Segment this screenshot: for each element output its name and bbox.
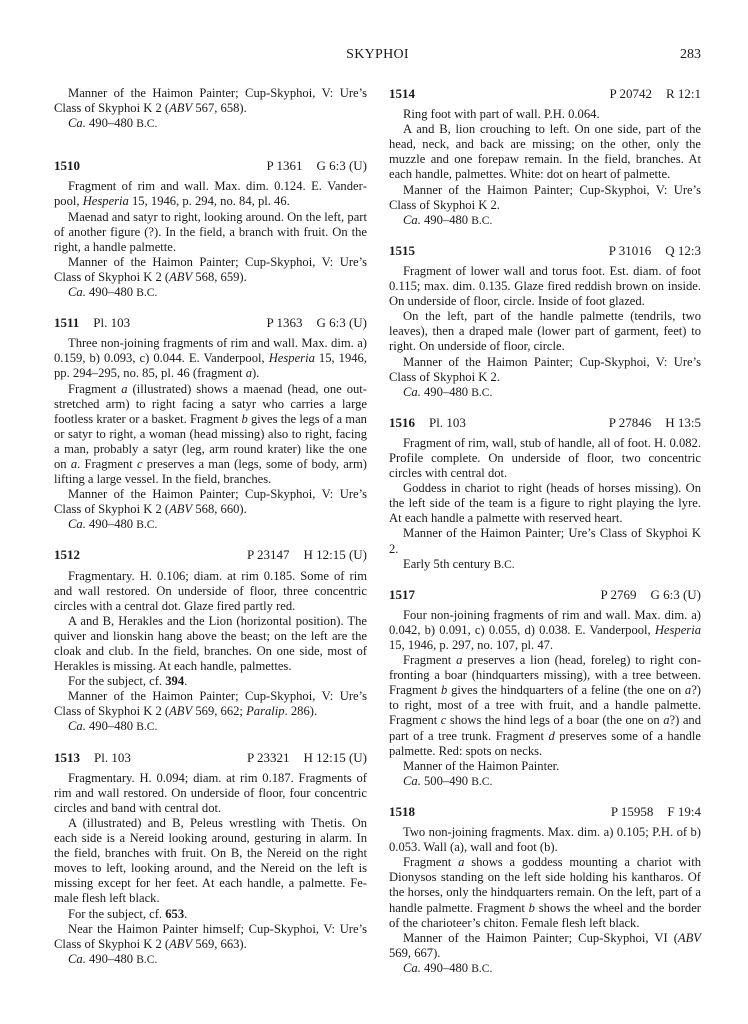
- running-head: SKYPHOI 283: [54, 47, 701, 65]
- subject: A and B, Herakles and the Lion (horizont…: [54, 614, 367, 674]
- plate-ref: Pl. 103: [93, 315, 130, 330]
- attribution: Manner of the Haimon Painter; Cup-Skypho…: [54, 487, 367, 517]
- catalogue-entry-1517: 1517 P 2769G 6:3 (U) Four non-joining fr…: [389, 587, 701, 790]
- subject: Fragment a preserves a lion (head, forel…: [389, 653, 701, 759]
- entry-number: 1516: [389, 415, 415, 430]
- subject: Goddess in chariot to right (heads of ho…: [389, 481, 701, 526]
- cross-reference: For the subject, cf. 653.: [54, 907, 367, 922]
- attribution: Manner of the Haimon Painter; Ure’s Clas…: [389, 526, 701, 556]
- deposit: F 19:4: [667, 804, 701, 819]
- attribution: Near the Haimon Painter himself; Cup-Sky…: [54, 922, 367, 952]
- deposit: H 12:15 (U): [303, 750, 367, 765]
- attribution: Manner of the Haimon Painter; Cup-Skypho…: [54, 86, 367, 116]
- cross-reference: For the subject, cf. 394.: [54, 674, 367, 689]
- right-column: 1514 P 20742R 12:1 Ring foot with part o…: [389, 86, 701, 991]
- deposit: G 6:3 (U): [316, 315, 367, 330]
- attribution: Manner of the Haimon Painter; Cup-Skypho…: [389, 355, 701, 385]
- catalogue-entry-1516: 1516Pl. 103 P 27846H 13:5 Fragment of ri…: [389, 415, 701, 573]
- catalogue-entry-1512: 1512 P 23147H 12:15 (U) Fragmentary. H. …: [54, 547, 367, 735]
- description: Four non-joining fragments of rim and wa…: [389, 608, 701, 653]
- entry-number: 1512: [54, 547, 80, 562]
- inventory-number: P 27846: [609, 415, 652, 430]
- entry-number: 1511: [54, 315, 79, 330]
- deposit: H 13:5: [665, 415, 701, 430]
- continued-entry: Manner of the Haimon Painter; Cup-Skypho…: [54, 86, 367, 132]
- page-number: 283: [680, 47, 701, 62]
- inventory-number: P 31016: [609, 243, 652, 258]
- entry-number: 1510: [54, 158, 80, 173]
- date: Ca. 490–480 B.C.: [54, 517, 367, 533]
- left-column: Manner of the Haimon Painter; Cup-Skypho…: [54, 86, 367, 982]
- subject: A and B, lion crouching to left. On one …: [389, 122, 701, 182]
- plate-ref: Pl. 103: [429, 415, 466, 430]
- deposit: G 6:3 (U): [316, 158, 367, 173]
- description: Fragment of rim and wall. Max. dim. 0.12…: [54, 179, 367, 209]
- attribution: Manner of the Haimon Painter; Cup-Skypho…: [389, 931, 701, 961]
- description: Fragment of rim, wall, stub of handle, a…: [389, 436, 701, 481]
- entry-heading: 1518 P 15958F 19:4: [389, 804, 701, 819]
- entry-heading: 1513Pl. 103 P 23321H 12:15 (U): [54, 750, 367, 765]
- subject: On the left, part of the handle palmette…: [389, 309, 701, 354]
- description: Ring foot with part of wall. P.H. 0.064.: [389, 107, 701, 122]
- deposit: H 12:15 (U): [303, 547, 367, 562]
- catalogue-entry-1513: 1513Pl. 103 P 23321H 12:15 (U) Fragmenta…: [54, 750, 367, 968]
- inventory-number: P 23147: [247, 547, 290, 562]
- attribution: Manner of the Haimon Painter; Cup-Skypho…: [54, 689, 367, 719]
- description: Three non-joining fragments of rim and w…: [54, 336, 367, 381]
- date: Ca. 490–480 B.C.: [54, 116, 367, 132]
- catalogue-entry-1518: 1518 P 15958F 19:4 Two non-joining fragm…: [389, 804, 701, 977]
- subject: Maenad and satyr to right, looking aroun…: [54, 210, 367, 255]
- running-title: SKYPHOI: [54, 47, 701, 62]
- deposit: G 6:3 (U): [650, 587, 701, 602]
- date: Ca. 490–480 B.C.: [389, 213, 701, 229]
- inventory-number: P 1363: [266, 315, 302, 330]
- deposit: Q 12:3: [665, 243, 701, 258]
- entry-heading: 1515 P 31016Q 12:3: [389, 243, 701, 258]
- catalogue-entry-1514: 1514 P 20742R 12:1 Ring foot with part o…: [389, 86, 701, 229]
- entry-number: 1513: [54, 750, 80, 765]
- date: Ca. 490–480 B.C.: [54, 952, 367, 968]
- subject: Fragment a shows a goddess mounting a ch…: [389, 855, 701, 930]
- date: Ca. 490–480 B.C.: [389, 961, 701, 977]
- catalogue-entry-1510: 1510 P 1361G 6:3 (U) Fragment of rim and…: [54, 158, 367, 301]
- attribution: Manner of the Haimon Painter; Cup-Skypho…: [389, 183, 701, 213]
- entry-heading: 1512 P 23147H 12:15 (U): [54, 547, 367, 562]
- inventory-number: P 2769: [600, 587, 636, 602]
- date: Ca. 490–480 B.C.: [54, 285, 367, 301]
- date: Ca. 490–480 B.C.: [54, 719, 367, 735]
- inventory-number: P 20742: [609, 86, 652, 101]
- entry-heading: 1511Pl. 103 P 1363G 6:3 (U): [54, 315, 367, 330]
- attribution: Manner of the Haimon Painter.: [389, 759, 701, 774]
- catalogue-entry-1515: 1515 P 31016Q 12:3 Fragment of lower wal…: [389, 243, 701, 401]
- plate-ref: Pl. 103: [94, 750, 131, 765]
- entry-heading: 1517 P 2769G 6:3 (U): [389, 587, 701, 602]
- description: Two non-joining fragments. Max. dim. a) …: [389, 825, 701, 855]
- deposit: R 12:1: [666, 86, 701, 101]
- subject: Fragment a (illustrated) shows a maenad …: [54, 382, 367, 488]
- entry-number: 1515: [389, 243, 415, 258]
- entry-heading: 1514 P 20742R 12:1: [389, 86, 701, 101]
- inventory-number: P 15958: [611, 804, 654, 819]
- attribution: Manner of the Haimon Painter; Cup-Skypho…: [54, 255, 367, 285]
- entry-number: 1514: [389, 86, 415, 101]
- entry-number: 1517: [389, 587, 415, 602]
- entry-heading: 1510 P 1361G 6:3 (U): [54, 158, 367, 173]
- subject: A (illustrated) and B, Peleus wrestling …: [54, 816, 367, 907]
- entry-heading: 1516Pl. 103 P 27846H 13:5: [389, 415, 701, 430]
- inventory-number: P 23321: [247, 750, 290, 765]
- description: Fragmentary. H. 0.106; diam. at rim 0.18…: [54, 569, 367, 614]
- catalogue-entry-1511: 1511Pl. 103 P 1363G 6:3 (U) Three non-jo…: [54, 315, 367, 533]
- inventory-number: P 1361: [266, 158, 302, 173]
- date: Early 5th century B.C.: [389, 557, 701, 573]
- date: Ca. 500–490 B.C.: [389, 774, 701, 790]
- description: Fragmentary. H. 0.094; diam. at rim 0.18…: [54, 771, 367, 816]
- date: Ca. 490–480 B.C.: [389, 385, 701, 401]
- entry-number: 1518: [389, 804, 415, 819]
- description: Fragment of lower wall and torus foot. E…: [389, 264, 701, 309]
